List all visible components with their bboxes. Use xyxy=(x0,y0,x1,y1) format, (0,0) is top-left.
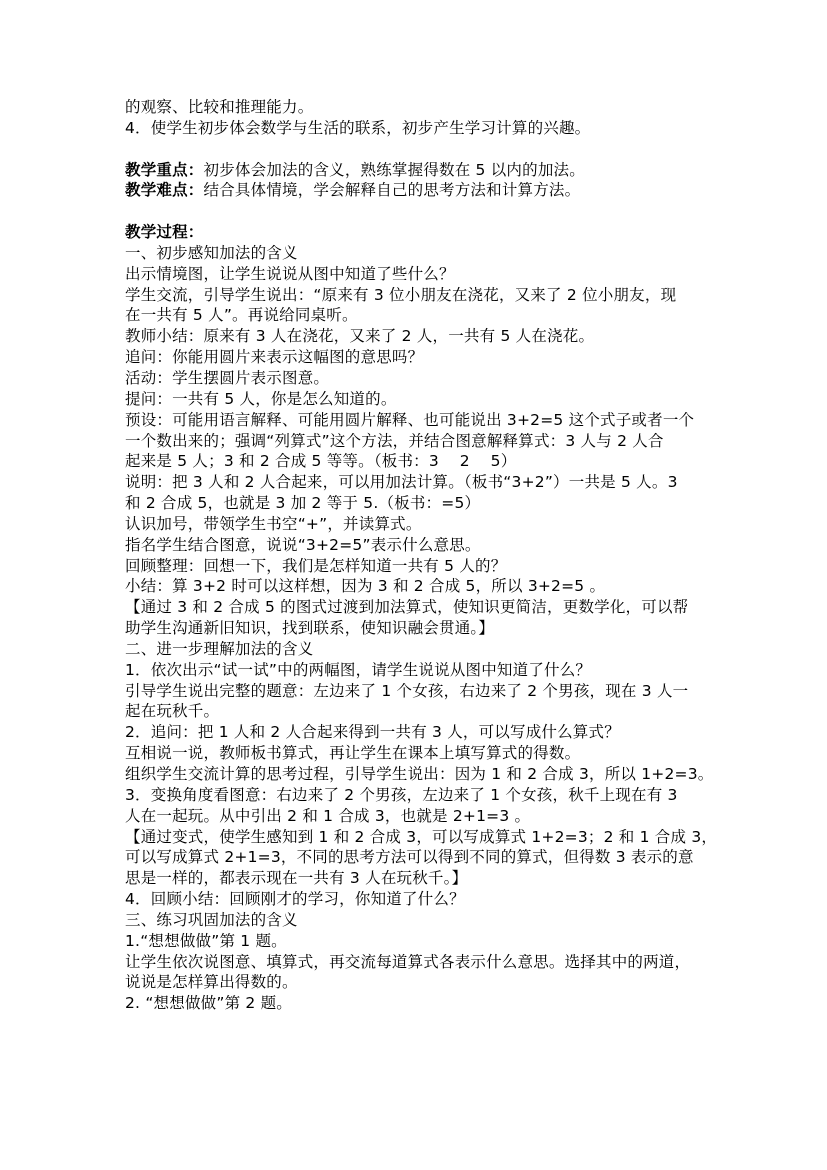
text-line: 3．变换角度看图意：右边来了 2 个男孩，左边来了 1 个女孩，秋千上现在有 3 xyxy=(125,785,705,806)
text-line: 提问：一共有 5 人，你是怎么知道的。 xyxy=(125,389,705,410)
text-line: 追问：你能用圆片来表示这幅图的意思吗？ xyxy=(125,347,705,368)
text-line: 1．依次出示“试一试”中的两幅图，请学生说说从图中知道了什么？ xyxy=(125,660,705,681)
text-line: 回顾整理：回想一下，我们是怎样知道一共有 5 人的？ xyxy=(125,556,705,577)
section-heading-3: 三、练习巩固加法的含义 xyxy=(125,910,705,931)
text-line: 4．回顾小结：回顾刚才的学习，你知道了什么？ xyxy=(125,889,705,910)
text-line: 起在玩秋千。 xyxy=(125,701,705,722)
text-line: 教师小结：原来有 3 人在浇花，又来了 2 人，一共有 5 人在浇花。 xyxy=(125,326,705,347)
text-line: 1.“想想做做”第 1 题。 xyxy=(125,931,705,952)
objective-4: 4．使学生初步体会数学与生活的联系，初步产生学习计算的兴趣。 xyxy=(125,118,705,139)
teaching-focus-label: 教学重点： xyxy=(125,161,204,179)
text-line: 的观察、比较和推理能力。 xyxy=(125,97,705,118)
text-line: 活动：学生摆圆片表示图意。 xyxy=(125,368,705,389)
text-line: 和 2 合成 5，也就是 3 加 2 等于 5.（板书：=5） xyxy=(125,493,705,514)
teaching-process-heading: 教学过程： xyxy=(125,222,705,243)
text-line: 2. “想想做做”第 2 题。 xyxy=(125,993,705,1014)
teaching-focus: 教学重点：初步体会加法的含义，熟练掌握得数在 5 以内的加法。 xyxy=(125,160,705,181)
annotation-note: 思是一样的，都表示现在一共有 3 人在玩秋千。】 xyxy=(125,868,705,889)
text-line: 说说是怎样算出得数的。 xyxy=(125,972,705,993)
text-line: 2．追问：把 1 人和 2 人合起来得到一共有 3 人，可以写成什么算式？ xyxy=(125,722,705,743)
text-line: 人在一起玩。从中引出 2 和 1 合成 3，也就是 2+1=3 。 xyxy=(125,806,705,827)
section-heading-1: 一、初步感知加法的含义 xyxy=(125,243,705,264)
text-line: 组织学生交流计算的思考过程，引导学生说出：因为 1 和 2 合成 3，所以 1+… xyxy=(125,764,705,785)
text-line: 让学生依次说图意、填算式，再交流每道算式各表示什么意思。选择其中的两道， xyxy=(125,952,705,973)
text-line: 出示情境图，让学生说说从图中知道了些什么？ xyxy=(125,264,705,285)
blank-line xyxy=(125,201,705,222)
annotation-note: 助学生沟通新旧知识，找到联系，使知识融会贯通。】 xyxy=(125,618,705,639)
teaching-difficulty-label: 教学难点： xyxy=(125,181,204,199)
document-page: 的观察、比较和推理能力。 4．使学生初步体会数学与生活的联系，初步产生学习计算的… xyxy=(125,97,705,1014)
text-line: 在一共有 5 人”。再说给同桌听。 xyxy=(125,305,705,326)
teaching-difficulty-text: 结合具体情境，学会解释自己的思考方法和计算方法。 xyxy=(204,181,581,199)
text-line: 起来是 5 人；3 和 2 合成 5 等等。（板书：3 2 5） xyxy=(125,451,705,472)
text-line: 学生交流，引导学生说出：“原来有 3 位小朋友在浇花，又来了 2 位小朋友，现 xyxy=(125,285,705,306)
text-line: 说明：把 3 人和 2 人合起来，可以用加法计算。（板书“3+2”）一共是 5 … xyxy=(125,472,705,493)
teaching-process-label: 教学过程： xyxy=(125,223,204,241)
section-heading-2: 二、进一步理解加法的含义 xyxy=(125,639,705,660)
blank-line xyxy=(125,139,705,160)
text-line: 一个数出来的；强调“列算式”这个方法，并结合图意解释算式：3 人与 2 人合 xyxy=(125,431,705,452)
teaching-difficulty: 教学难点：结合具体情境，学会解释自己的思考方法和计算方法。 xyxy=(125,180,705,201)
annotation-note: 可以写成算式 2+1=3，不同的思考方法可以得到不同的算式，但得数 3 表示的意 xyxy=(125,847,705,868)
text-line: 指名学生结合图意，说说“3+2=5”表示什么意思。 xyxy=(125,535,705,556)
text-line: 预设：可能用语言解释、可能用圆片解释、也可能说出 3+2=5 这个式子或者一个 xyxy=(125,410,705,431)
text-line: 认识加号，带领学生书空“+”，并读算式。 xyxy=(125,514,705,535)
annotation-note: 【通过变式，使学生感知到 1 和 2 合成 3，可以写成算式 1+2=3；2 和… xyxy=(125,827,705,848)
annotation-note: 【通过 3 和 2 合成 5 的图式过渡到加法算式，使知识更简洁，更数学化，可以… xyxy=(125,597,705,618)
text-line: 引导学生说出完整的题意：左边来了 1 个女孩，右边来了 2 个男孩，现在 3 人… xyxy=(125,681,705,702)
text-line: 互相说一说，教师板书算式，再让学生在课本上填写算式的得数。 xyxy=(125,743,705,764)
teaching-focus-text: 初步体会加法的含义，熟练掌握得数在 5 以内的加法。 xyxy=(204,161,585,179)
text-line: 小结：算 3+2 时可以这样想，因为 3 和 2 合成 5，所以 3+2=5 。 xyxy=(125,576,705,597)
